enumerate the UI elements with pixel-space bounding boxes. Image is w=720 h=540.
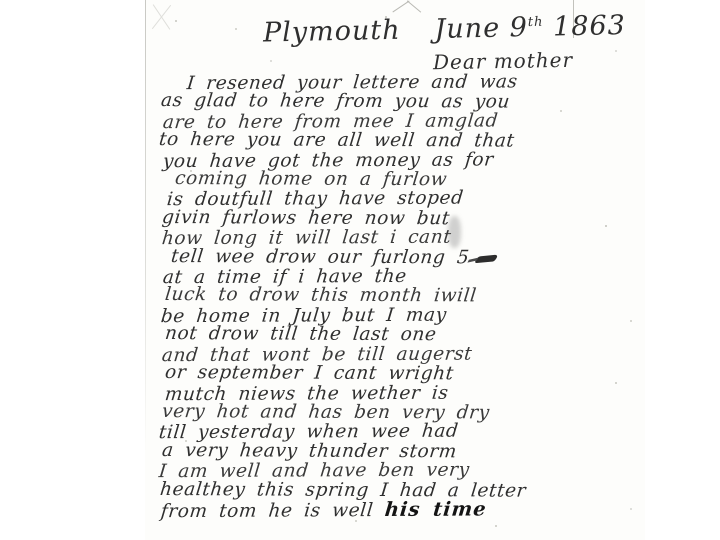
- letter-line-text: tell wee drow our furlong 5: [170, 246, 470, 268]
- pencil-x-mark: [151, 4, 173, 30]
- heading-date-day: 9: [509, 12, 528, 43]
- last-line-emphasized: his time: [384, 497, 488, 521]
- heading-place: Plymouth: [263, 15, 401, 49]
- letter-heading: PlymouthJune 9th 1863: [263, 10, 604, 48]
- letter-last-line: from tom he is well his time: [160, 499, 612, 522]
- heading-date-ordinal: th: [528, 15, 544, 30]
- scan-noise-speckles: [175, 20, 177, 22]
- heading-date-year: 1863: [553, 10, 626, 43]
- letter-line: not drow till the last one: [164, 324, 612, 345]
- last-line-normal: from tom he is well: [160, 500, 375, 522]
- letter-body: I resened your lettere and was as glad t…: [159, 73, 611, 520]
- letter-line: as glad to here from you as you: [160, 91, 612, 112]
- heading-date-month: June: [434, 13, 500, 45]
- letter-line: or september I cant wright: [164, 363, 612, 384]
- ink-smudge: [474, 254, 499, 263]
- letter-line: tell wee drow our furlong 5: [170, 247, 612, 268]
- letter-page: PlymouthJune 9th 1863 Dear mother I rese…: [145, 0, 645, 540]
- letter-line: luck to drow this month iwill: [164, 285, 612, 306]
- letter-line: a very heavy thunder storm: [161, 441, 612, 462]
- scanned-letter-image: PlymouthJune 9th 1863 Dear mother I rese…: [0, 0, 720, 540]
- letter-line: to here you are all well and that: [158, 130, 612, 151]
- letter-salutation: Dear mother: [433, 48, 573, 74]
- paper-edge-line: [145, 0, 146, 452]
